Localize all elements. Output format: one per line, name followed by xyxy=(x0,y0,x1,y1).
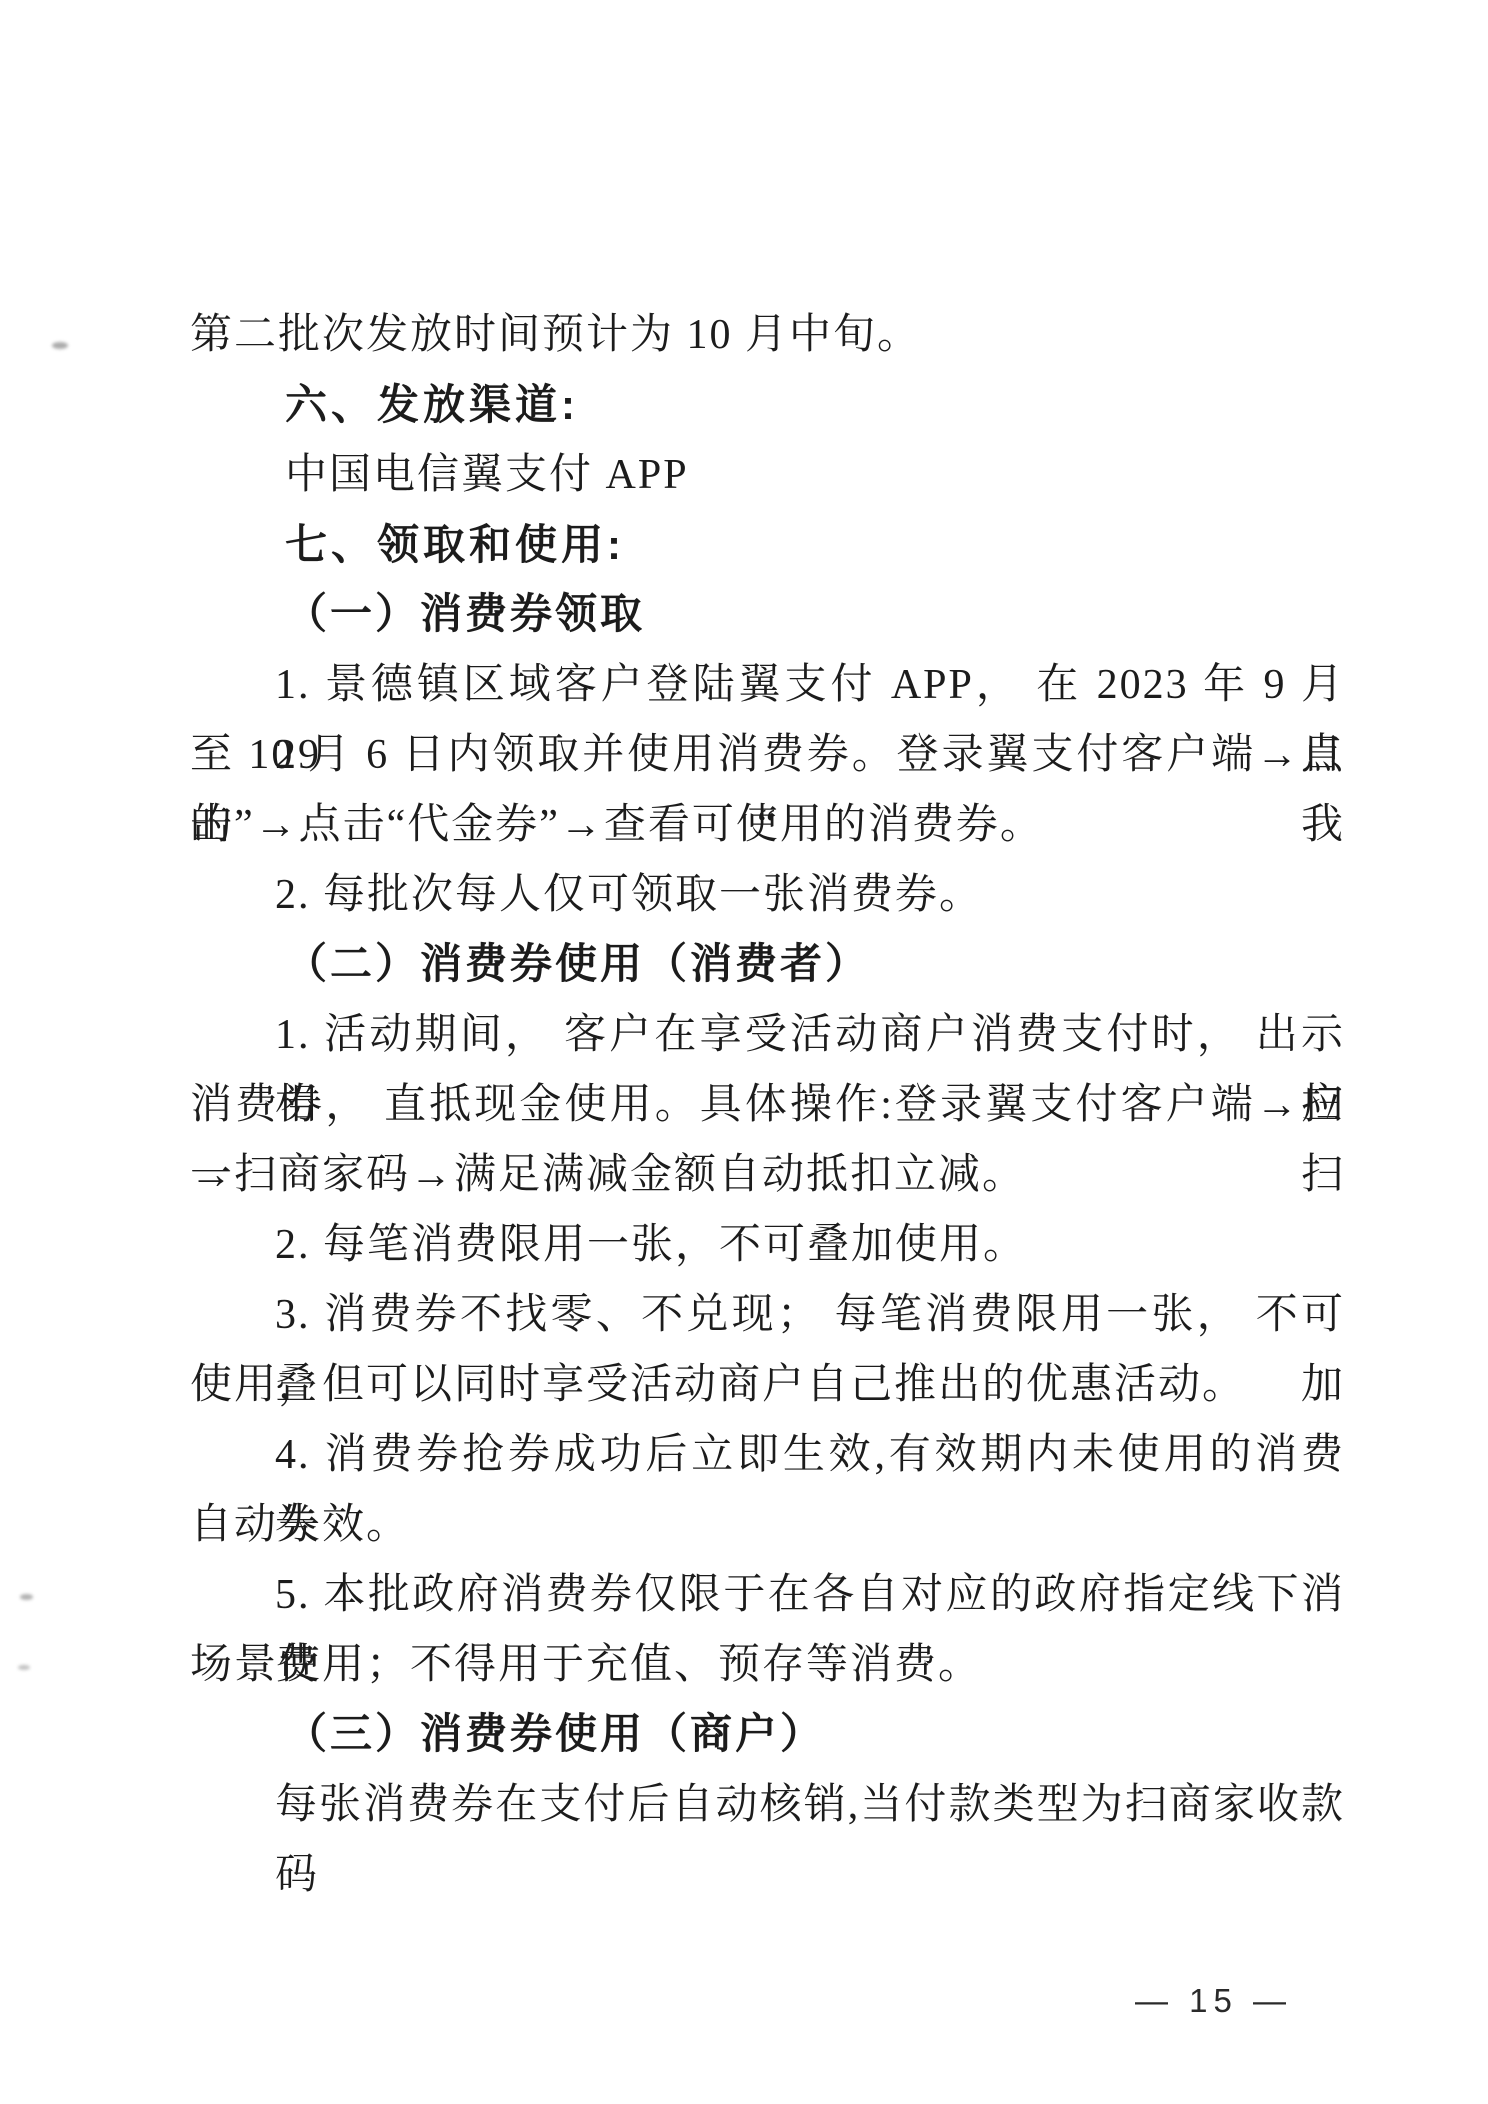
body-line: 2. 每批次每人仅可领取一张消费券。 xyxy=(190,860,1345,930)
body-line: 4. 消费券抢券成功后立即生效,有效期内未使用的消费券 xyxy=(190,1420,1345,1490)
document-body: 第二批次发放时间预计为 10 月中旬。 六、发放渠道: 中国电信翼支付 APP … xyxy=(190,300,1345,1840)
body-line: 每张消费券在支付后自动核销,当付款类型为扫商家收款码 xyxy=(190,1770,1345,1840)
body-line: 中国电信翼支付 APP xyxy=(190,440,1345,510)
body-line: 场景使用；不得用于充值、预存等消费。 xyxy=(190,1630,1345,1700)
body-line: 至 10 月 6 日内领取并使用消费券。登录翼支付客户端→点击“我 xyxy=(190,720,1345,790)
body-line: 消费券， 直抵现金使用。具体操作:登录翼支付客户端→扫一扫 xyxy=(190,1070,1345,1140)
body-line: 1. 活动期间， 客户在享受活动商户消费支付时， 出示相应 xyxy=(190,1000,1345,1070)
body-line: 自动失效。 xyxy=(190,1490,1345,1560)
heading-section-6: 六、发放渠道: xyxy=(190,370,1345,440)
scanned-document-page: 第二批次发放时间预计为 10 月中旬。 六、发放渠道: 中国电信翼支付 APP … xyxy=(0,0,1488,2104)
page-number: — 15 — xyxy=(1135,1982,1292,2020)
heading-sub-3: （三）消费券使用（商户） xyxy=(190,1700,1345,1770)
body-line: 使用，但可以同时享受活动商户自己推出的优惠活动。 xyxy=(190,1350,1345,1420)
body-line: 2. 每笔消费限用一张，不可叠加使用。 xyxy=(190,1210,1345,1280)
scan-speck xyxy=(52,342,68,349)
body-line: 3. 消费券不找零、不兑现； 每笔消费限用一张， 不可叠加 xyxy=(190,1280,1345,1350)
heading-sub-2: （二）消费券使用（消费者） xyxy=(190,930,1345,1000)
scan-speck xyxy=(18,1665,30,1670)
body-line: 1. 景德镇区域客户登陆翼支付 APP， 在 2023 年 9 月 29 日 xyxy=(190,650,1345,720)
body-line: 第二批次发放时间预计为 10 月中旬。 xyxy=(190,300,1345,370)
body-line: 5. 本批政府消费券仅限于在各自对应的政府指定线下消费 xyxy=(190,1560,1345,1630)
heading-section-7: 七、领取和使用: xyxy=(190,510,1345,580)
scan-speck xyxy=(20,1594,33,1600)
heading-sub-1: （一）消费券领取 xyxy=(190,580,1345,650)
